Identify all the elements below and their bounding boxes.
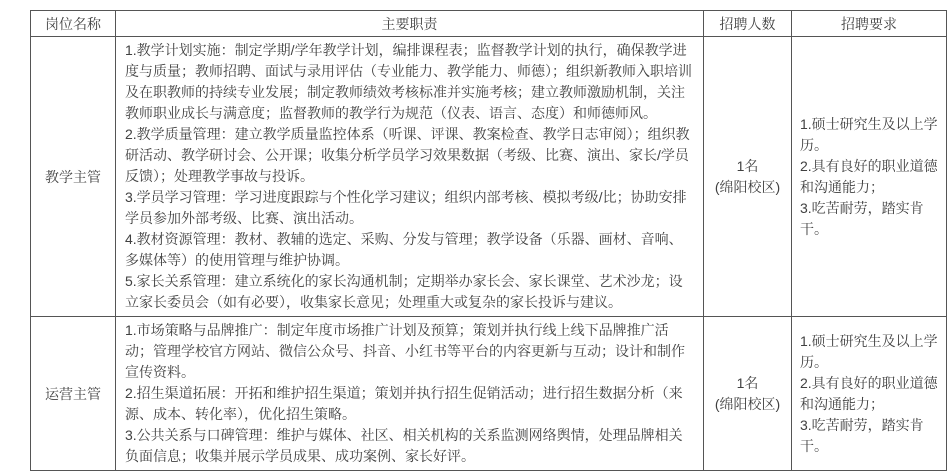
col-header-main-duties: 主要职责 [116,11,704,37]
duties-cell: 1.市场策略与品牌推广：制定年度市场推广计划及预算；策划并执行线上线下品牌推广活… [116,317,704,471]
duty-item: 2.招生渠道拓展：开拓和维护招生渠道；策划并执行招生促销活动；进行招生数据分析（… [125,383,695,425]
table-row: 教学主管 1.教学计划实施：制定学期/学年教学计划，编排课程表；监督教学计划的执… [31,37,947,317]
table-row: 运营主管 1.市场策略与品牌推广：制定年度市场推广计划及预算；策划并执行线上线下… [31,317,947,471]
position-name-cell: 教学主管 [31,37,116,317]
duty-item: 5.家长关系管理：建立系统化的家长沟通机制；定期举办家长会、家长课堂、艺术沙龙；… [125,271,695,313]
requirements-cell: 1.硕士研究生及以上学历。 2.具有良好的职业道德和沟通能力； 3.吃苦耐劳，踏… [792,317,947,471]
position-name-cell: 运营主管 [31,317,116,471]
headcount-count: 1名 [706,156,789,177]
duties-cell: 1.教学计划实施：制定学期/学年教学计划，编排课程表；监督教学计划的执行，确保教… [116,37,704,317]
duty-item: 2.教学质量管理：建立教学质量监控体系（听课、评课、教案检查、教学日志审阅）；组… [125,124,695,187]
requirement-item: 2.具有良好的职业道德和沟通能力； [800,373,940,415]
job-positions-table: 岗位名称 主要职责 招聘人数 招聘要求 教学主管 1.教学计划实施：制定学期/学… [30,10,947,471]
headcount-cell: 1名 (绵阳校区) [704,37,792,317]
table-header-row: 岗位名称 主要职责 招聘人数 招聘要求 [31,11,947,37]
duty-item: 3.学员学习管理：学习进度跟踪与个性化学习建议；组织内部考核、模拟考级/比；协助… [125,187,695,229]
duty-item: 1.教学计划实施：制定学期/学年教学计划，编排课程表；监督教学计划的执行，确保教… [125,40,695,124]
requirement-item: 1.硕士研究生及以上学历。 [800,331,940,373]
col-header-position-name: 岗位名称 [31,11,116,37]
requirement-item: 2.具有良好的职业道德和沟通能力； [800,156,940,198]
duty-item: 4.教材资源管理：教材、教辅的选定、采购、分发与管理；教学设备（乐器、画材、音响… [125,229,695,271]
col-header-requirements: 招聘要求 [792,11,947,37]
headcount-cell: 1名 (绵阳校区) [704,317,792,471]
headcount-campus: (绵阳校区) [706,394,789,415]
requirement-item: 1.硕士研究生及以上学历。 [800,114,940,156]
requirement-item: 3.吃苦耐劳，踏实肯干。 [800,198,940,240]
headcount-campus: (绵阳校区) [706,177,789,198]
page: 岗位名称 主要职责 招聘人数 招聘要求 教学主管 1.教学计划实施：制定学期/学… [0,0,950,458]
col-header-headcount: 招聘人数 [704,11,792,37]
duty-item: 3.公共关系与口碑管理：维护与媒体、社区、相关机构的关系监测网络舆情，处理品牌相… [125,425,695,467]
requirement-item: 3.吃苦耐劳，踏实肯干。 [800,415,940,457]
headcount-count: 1名 [706,373,789,394]
requirements-cell: 1.硕士研究生及以上学历。 2.具有良好的职业道德和沟通能力； 3.吃苦耐劳，踏… [792,37,947,317]
duty-item: 1.市场策略与品牌推广：制定年度市场推广计划及预算；策划并执行线上线下品牌推广活… [125,320,695,383]
